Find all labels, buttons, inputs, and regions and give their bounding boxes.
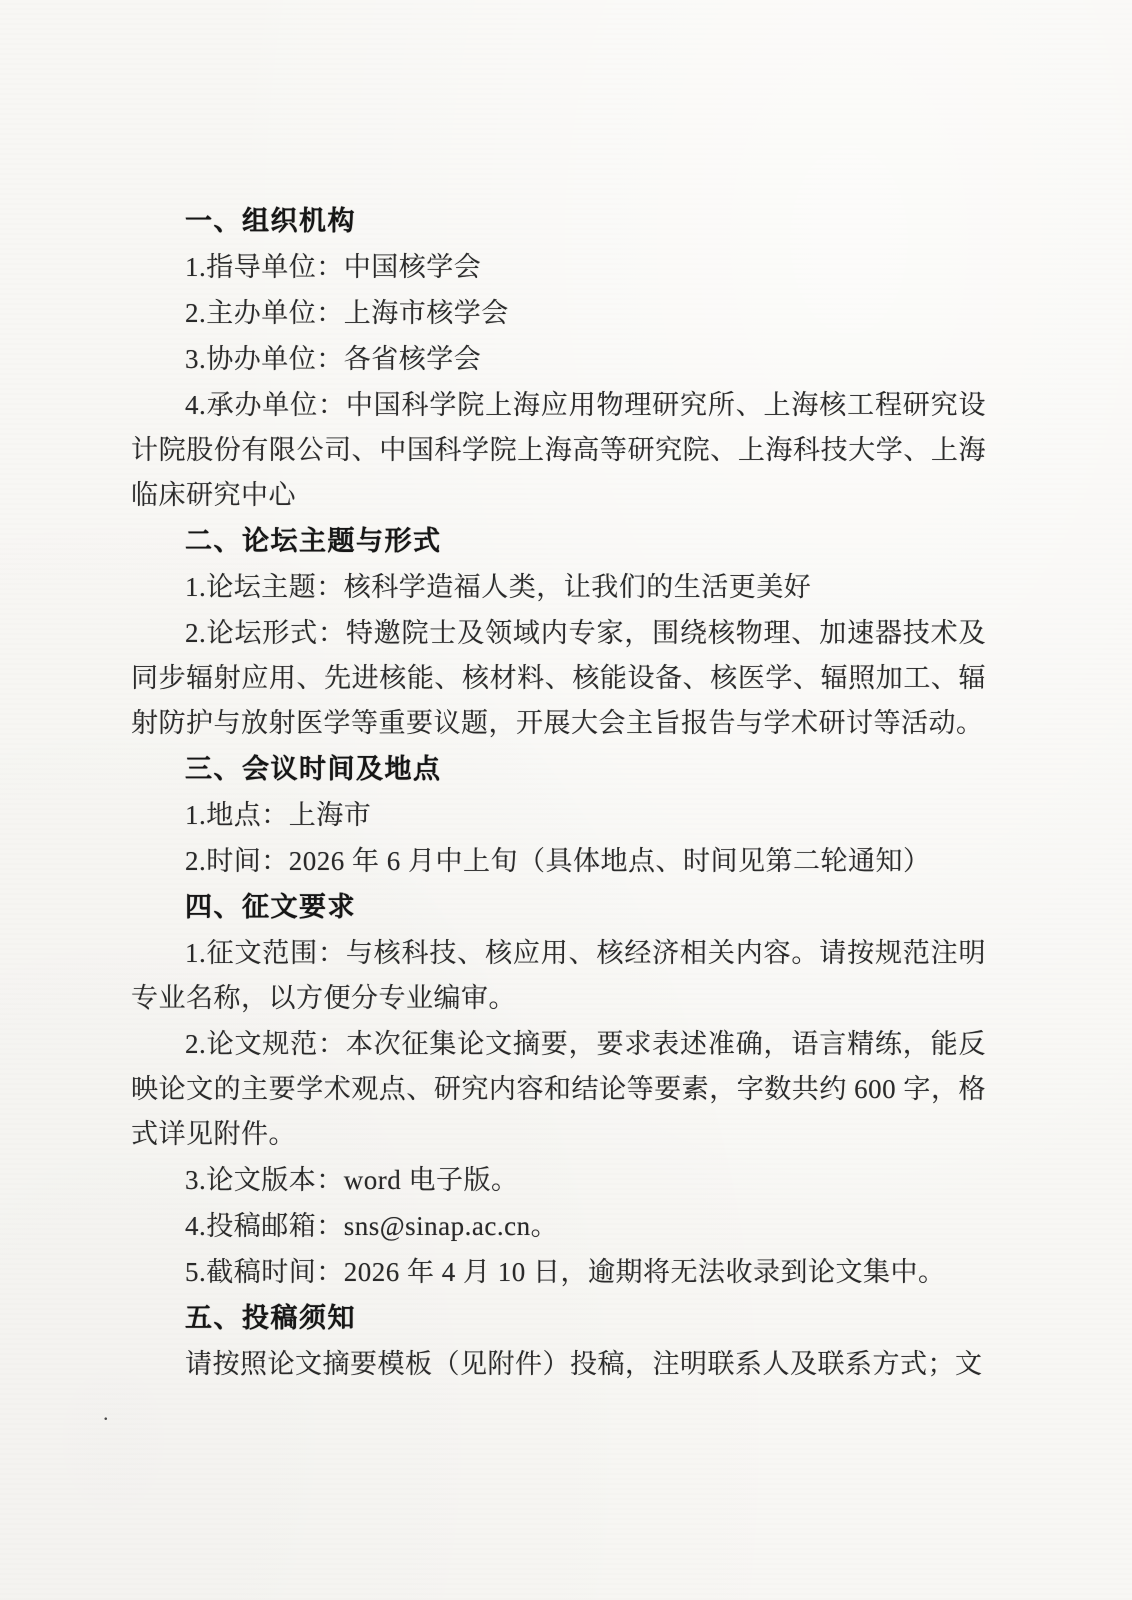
submission-email-item: 4.投稿邮箱：sns@sinap.ac.cn。 <box>131 1204 986 1249</box>
org-item-guiding-unit: 1.指导单位：中国核学会 <box>131 245 986 290</box>
section-heading-forum-theme: 二、论坛主题与形式 <box>131 519 986 564</box>
document-body: 一、组织机构 1.指导单位：中国核学会 2.主办单位：上海市核学会 3.协办单位… <box>131 198 986 1388</box>
org-item-undertaker: 4.承办单位：中国科学院上海应用物理研究所、上海核工程研究设计院股份有限公司、中… <box>131 383 986 518</box>
meeting-place-item: 1.地点：上海市 <box>131 793 986 838</box>
org-item-co-organizer: 3.协办单位：各省核学会 <box>131 337 986 382</box>
scan-artifact-dot: . <box>103 1402 109 1424</box>
section-heading-paper-requirements: 四、征文要求 <box>131 885 986 930</box>
org-item-host-unit: 2.主办单位：上海市核学会 <box>131 291 986 336</box>
meeting-time-item: 2.时间：2026 年 6 月中上旬（具体地点、时间见第二轮通知） <box>131 839 986 884</box>
paper-standard-item: 2.论文规范：本次征集论文摘要，要求表述准确，语言精练，能反映论文的主要学术观点… <box>131 1022 986 1157</box>
paper-scope-item: 1.征文范围：与核科技、核应用、核经济相关内容。请按规范注明专业名称，以方便分专… <box>131 931 986 1021</box>
deadline-item: 5.截稿时间：2026 年 4 月 10 日，逾期将无法收录到论文集中。 <box>131 1250 986 1295</box>
section-heading-organization: 一、组织机构 <box>131 199 986 244</box>
section-heading-time-place: 三、会议时间及地点 <box>131 747 986 792</box>
paper-version-item: 3.论文版本：word 电子版。 <box>131 1158 986 1203</box>
forum-format-item: 2.论坛形式：特邀院士及领域内专家，围绕核物理、加速器技术及同步辐射应用、先进核… <box>131 611 986 746</box>
section-heading-submission-notes: 五、投稿须知 <box>131 1296 986 1341</box>
forum-theme-item: 1.论坛主题：核科学造福人类，让我们的生活更美好 <box>131 565 986 610</box>
scanned-document-page: 一、组织机构 1.指导单位：中国核学会 2.主办单位：上海市核学会 3.协办单位… <box>0 0 1132 1600</box>
submission-notes-paragraph: 请按照论文摘要模板（见附件）投稿，注明联系人及联系方式；文 <box>131 1342 986 1387</box>
